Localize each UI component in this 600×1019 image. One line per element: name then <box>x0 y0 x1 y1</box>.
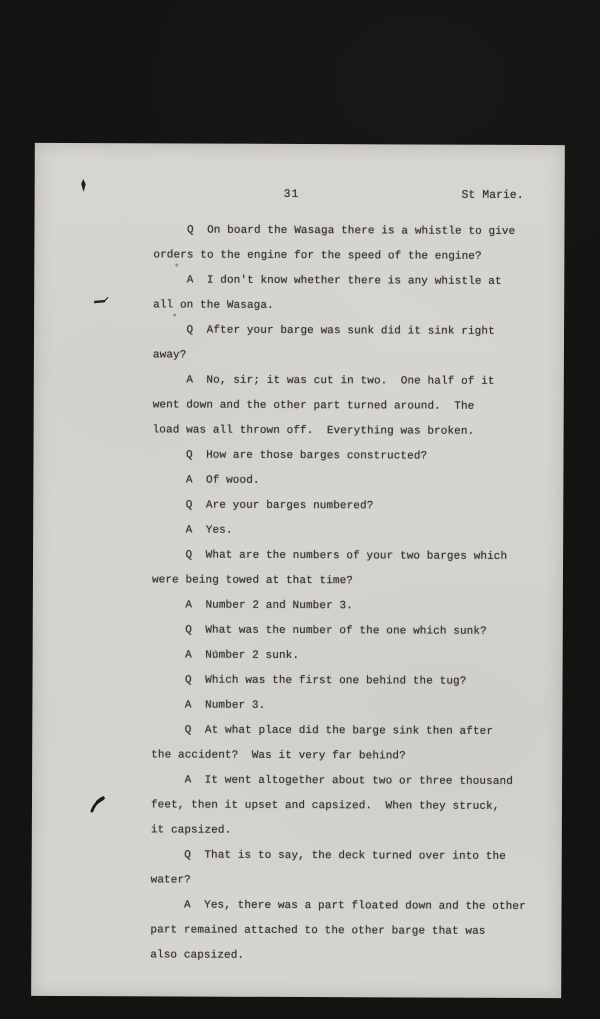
paper-speck <box>215 650 217 654</box>
text-line: all on the Wasaga. <box>153 293 553 320</box>
text-line: Q On board the Wasaga there is a whistle… <box>153 218 553 245</box>
text-line: load was all thrown off. Everything was … <box>153 418 553 445</box>
text-line: Q That is to say, the deck turned over i… <box>151 843 551 870</box>
document-page: 31 St Marie. Q On board the Wasaga there… <box>31 143 565 998</box>
text-line: Q What are the numbers of your two barge… <box>152 543 552 570</box>
text-line: part remained attached to the other barg… <box>150 918 550 945</box>
text-line: went down and the other part turned arou… <box>153 393 553 420</box>
place-header: St Marie. <box>461 189 523 202</box>
scan-background: 31 St Marie. Q On board the Wasaga there… <box>0 0 600 1019</box>
text-line: A Yes. <box>152 518 552 545</box>
text-line: water? <box>151 868 551 895</box>
text-line: A It went altogether about two or three … <box>151 768 551 795</box>
text-line: A Number 2 and Number 3. <box>152 593 552 620</box>
ink-flick-mark <box>90 796 106 813</box>
text-line: A I don't know whether there is any whis… <box>153 268 553 295</box>
text-line: feet, then it upset and capsized. When t… <box>151 793 551 820</box>
text-line: were being towed at that time? <box>152 568 552 595</box>
paper-speck <box>175 263 178 266</box>
text-line: A No, sir; it was cut in two. One half o… <box>153 368 553 395</box>
text-line: A Of wood. <box>152 468 552 495</box>
text-line: Q What was the number of the one which s… <box>152 618 552 645</box>
ink-tick-mark <box>80 179 88 193</box>
text-line: orders to the engine for the speed of th… <box>153 243 553 270</box>
page-number: 31 <box>284 188 300 201</box>
text-line: the accident? Was it very far behind? <box>151 743 551 770</box>
ink-dash-mark <box>94 295 110 305</box>
text-line: Q Are your barges numbered? <box>152 493 552 520</box>
testimony-text: Q On board the Wasaga there is a whistle… <box>150 218 553 970</box>
text-line: A Yes, there was a part floated down and… <box>150 893 550 920</box>
text-line: Q After your barge was sunk did it sink … <box>153 318 553 345</box>
page-header: 31 St Marie. <box>35 187 565 205</box>
text-line: Q At what place did the barge sink then … <box>151 718 551 745</box>
text-line: it capsized. <box>151 818 551 845</box>
text-line: A Number 2 sunk. <box>152 643 552 670</box>
text-line: also capsized. <box>150 943 550 970</box>
text-line: Q How are those barges constructed? <box>152 443 552 470</box>
text-line: Q Which was the first one behind the tug… <box>151 668 551 695</box>
paper-speck <box>173 313 176 316</box>
text-line: A Number 3. <box>151 693 551 720</box>
text-line: away? <box>153 343 553 370</box>
